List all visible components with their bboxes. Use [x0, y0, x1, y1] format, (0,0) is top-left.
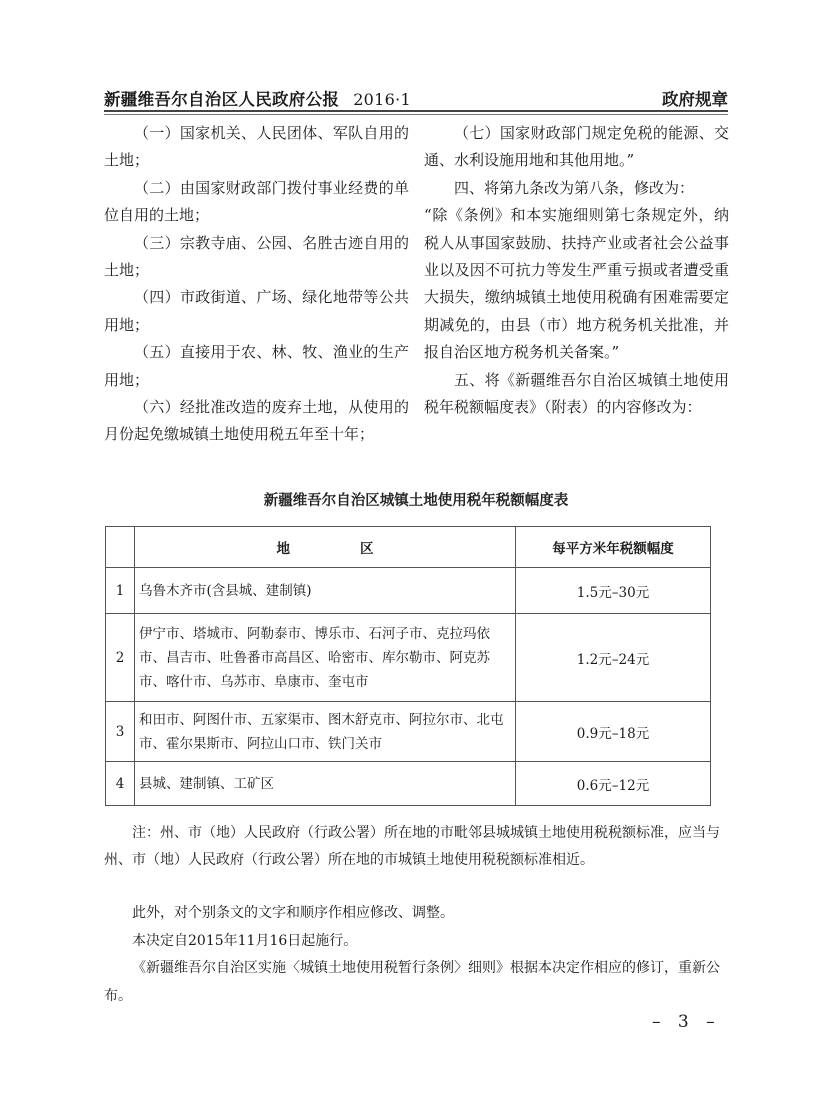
row-rate: 1.5元–30元: [516, 568, 711, 614]
paragraph: 《新疆维吾尔自治区实施〈城镇土地使用税暂行条例〉细则》根据本决定作相应的修订，重…: [104, 955, 728, 1010]
paragraph: （六）经批准改造的废弃土地，从使用的月份起免缴城镇土地使用税五年至十年；: [104, 394, 409, 449]
region-header: 地区: [135, 527, 516, 568]
paragraph: （二）由国家财政部门拨付事业经费的单位自用的土地；: [104, 175, 409, 230]
table-note: 注：州、市（地）人民政府（行政公署）所在地的市毗邻县城城镇土地使用税税额标准，应…: [104, 820, 728, 874]
row-region: 伊宁市、塔城市、阿勒泰市、博乐市、石河子市、克拉玛依市、昌吉市、吐鲁番市高昌区、…: [135, 614, 516, 702]
note-text: 注：州、市（地）人民政府（行政公署）所在地的市毗邻县城城镇土地使用税税额标准，应…: [104, 820, 728, 874]
row-index: 4: [106, 762, 135, 806]
table-row: 4 县城、建制镇、工矿区 0.6元–12元: [106, 762, 711, 806]
paragraph: 四、将第九条改为第八条，修改为：: [424, 175, 729, 202]
closing-section: 此外，对个别条文的文字和顺序作相应修改、调整。 本决定自2015年11月16日起…: [104, 900, 728, 1010]
paragraph: （一）国家机关、人民团体、军队自用的土地；: [104, 120, 409, 175]
paragraph: （五）直接用于农、林、牧、渔业的生产用地；: [104, 339, 409, 394]
row-region: 和田市、阿图什市、五家渠市、图木舒克市、阿拉尔市、北屯市、霍尔果斯市、阿拉山口市…: [135, 702, 516, 762]
paragraph: 此外，对个别条文的文字和顺序作相应修改、调整。: [104, 900, 728, 928]
row-rate: 0.6元–12元: [516, 762, 711, 806]
issue-number: 2016·1: [353, 90, 411, 109]
table-row: 3 和田市、阿图什市、五家渠市、图木舒克市、阿拉尔市、北屯市、霍尔果斯市、阿拉山…: [106, 702, 711, 762]
header-rule: [104, 110, 728, 112]
paragraph: （四）市政街道、广场、绿化地带等公共用地；: [104, 284, 409, 339]
publication-title: 新疆维吾尔自治区人民政府公报2016·1: [104, 86, 411, 110]
row-region: 乌鲁木齐市(含县城、建制镇): [135, 568, 516, 614]
table-row: 1 乌鲁木齐市(含县城、建制镇) 1.5元–30元: [106, 568, 711, 614]
right-column: （七）国家财政部门规定免税的能源、交通、水利设施用地和其他用地。” 四、将第九条…: [424, 120, 729, 421]
paragraph: 本决定自2015年11月16日起施行。: [104, 928, 728, 956]
tax-rate-table: 地区 每平方米年税额幅度 1 乌鲁木齐市(含县城、建制镇) 1.5元–30元 2…: [105, 526, 711, 806]
header-rule-thin: [104, 114, 728, 115]
row-rate: 0.9元–18元: [516, 702, 711, 762]
paragraph: 五、将《新疆维吾尔自治区城镇土地使用税年税额幅度表》（附表）的内容修改为：: [424, 367, 729, 422]
row-index: 1: [106, 568, 135, 614]
table-title: 新疆维吾尔自治区城镇土地使用税年税额幅度表: [104, 489, 728, 510]
row-rate: 1.2元–24元: [516, 614, 711, 702]
rate-header: 每平方米年税额幅度: [516, 527, 711, 568]
left-column: （一）国家机关、人民团体、军队自用的土地； （二）由国家财政部门拨付事业经费的单…: [104, 120, 409, 449]
table-header-row: 地区 每平方米年税额幅度: [106, 527, 711, 568]
page-number: – 3 –: [652, 1012, 721, 1032]
paragraph: “除《条例》和本实施细则第七条规定外，纳税人从事国家鼓励、扶持产业或者社会公益事…: [424, 202, 729, 366]
row-index: 3: [106, 702, 135, 762]
paragraph: （三）宗教寺庙、公园、名胜古迹自用的土地；: [104, 230, 409, 285]
index-header: [106, 527, 135, 568]
paragraph: （七）国家财政部门规定免税的能源、交通、水利设施用地和其他用地。”: [424, 120, 729, 175]
row-index: 2: [106, 614, 135, 702]
section-label: 政府规章: [662, 86, 728, 110]
row-region: 县城、建制镇、工矿区: [135, 762, 516, 806]
page-header: 新疆维吾尔自治区人民政府公报2016·1 政府规章: [104, 84, 728, 110]
table-row: 2 伊宁市、塔城市、阿勒泰市、博乐市、石河子市、克拉玛依市、昌吉市、吐鲁番市高昌…: [106, 614, 711, 702]
